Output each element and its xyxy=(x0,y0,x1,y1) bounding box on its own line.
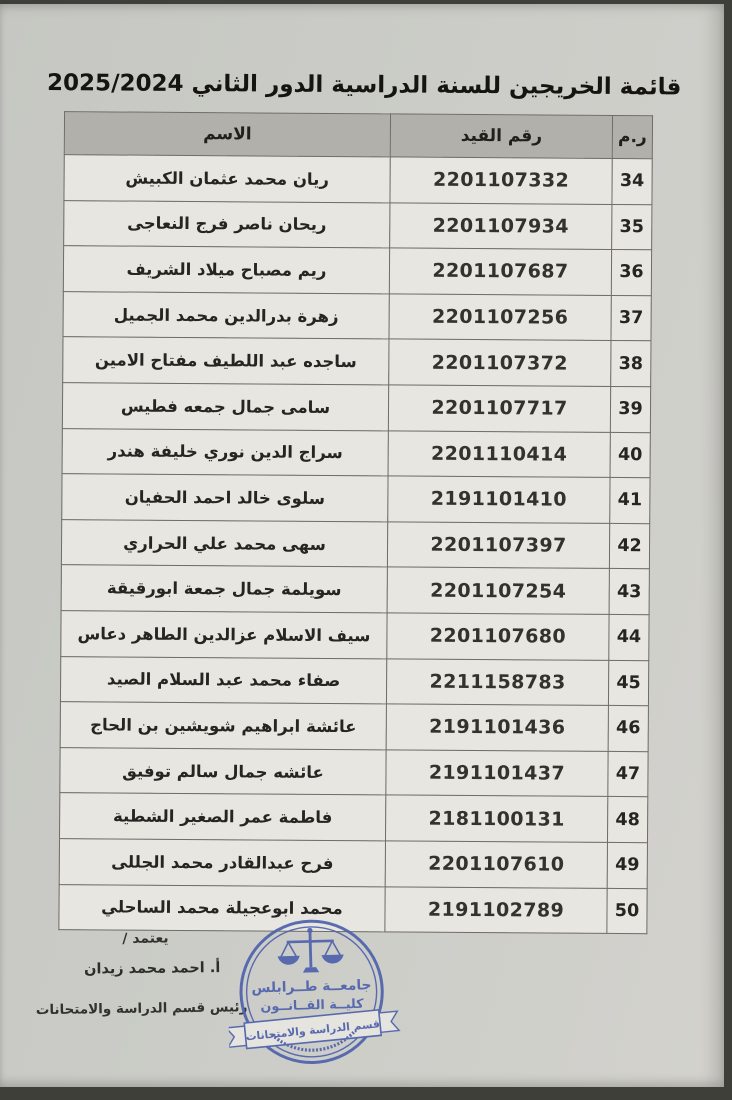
table-row: 472191101437عائشه جمال سالم توفيق xyxy=(60,747,648,797)
cell-name: ساجده عبد اللطيف مفتاح الامين xyxy=(63,337,389,385)
table-row: 422201107397سهى محمد علي الحراري xyxy=(61,519,649,569)
cell-name: ريحان ناصر فرج النعاجى xyxy=(64,200,390,248)
approver-title: رئيس قسم الدراسة والامتحانات xyxy=(36,999,248,1018)
table-row: 412191101410سلوى خالد احمد الحفيان xyxy=(62,474,650,524)
cell-serial: 48 xyxy=(607,797,647,843)
cell-name: فاطمة عمر الصغير الشطية xyxy=(59,793,385,841)
table-row: 392201107717سامى جمال جمعه فطيس xyxy=(62,383,650,433)
cell-reg-no: 2201107934 xyxy=(390,202,612,249)
approver-name: أ. احمد محمد زيدان xyxy=(84,960,220,977)
table-row: 432201107254سويلمة جمال جمعة ابورقيقة xyxy=(61,565,649,615)
table-row: 382201107372ساجده عبد اللطيف مفتاح الامي… xyxy=(63,337,651,387)
header-serial: ر.م xyxy=(612,115,652,158)
cell-serial: 39 xyxy=(610,386,650,432)
cell-reg-no: 2201107332 xyxy=(390,157,612,204)
stamp-ribbon: قسم الدراسة والامتحانات xyxy=(226,1008,400,1050)
cell-reg-no: 2211158783 xyxy=(386,658,608,705)
cell-serial: 41 xyxy=(610,478,650,524)
cell-serial: 38 xyxy=(611,341,651,387)
table-row: 342201107332ريان محمد عثمان الكبيش xyxy=(64,155,652,205)
cell-name: ريان محمد عثمان الكبيش xyxy=(64,155,390,203)
cell-reg-no: 2201107372 xyxy=(389,339,611,386)
cell-name: عائشة ابراهيم شويشين بن الحاج xyxy=(60,702,386,750)
cell-name: سويلمة جمال جمعة ابورقيقة xyxy=(61,565,387,613)
document-content: قائمة الخريجين للسنة الدراسية الدور الثا… xyxy=(0,0,725,1088)
cell-serial: 45 xyxy=(608,660,648,706)
cell-reg-no: 2201107256 xyxy=(389,294,611,341)
cell-name: سامى جمال جمعه فطيس xyxy=(62,383,388,431)
cell-serial: 42 xyxy=(609,523,649,569)
cell-reg-no: 2181100131 xyxy=(385,795,607,842)
cell-name: سهى محمد علي الحراري xyxy=(61,519,387,567)
document-paper: قائمة الخريجين للسنة الدراسية الدور الثا… xyxy=(0,4,724,1087)
cell-serial: 47 xyxy=(608,751,648,797)
cell-serial: 37 xyxy=(611,295,651,341)
cell-name: عائشه جمال سالم توفيق xyxy=(60,747,386,795)
page-title: قائمة الخريجين للسنة الدراسية الدور الثا… xyxy=(14,70,714,101)
cell-serial: 46 xyxy=(608,706,648,752)
table-row: 352201107934ريحان ناصر فرج النعاجى xyxy=(64,200,652,250)
cell-serial: 49 xyxy=(607,842,647,888)
table-row: 362201107687ريم مصباح ميلاد الشريف xyxy=(63,246,651,296)
header-reg-no: رقم القيد xyxy=(390,114,612,159)
stamp-university-name: جامعــة طــرابلس xyxy=(251,977,372,996)
table-row: 462191101436عائشة ابراهيم شويشين بن الحا… xyxy=(60,702,648,752)
table-row: 452211158783صفاء محمد عبد السلام الصيد xyxy=(60,656,648,706)
cell-name: سيف الاسلام عزالدين الطاهر دعاس xyxy=(61,611,387,659)
cell-reg-no: 2201110414 xyxy=(388,430,610,477)
cell-name: ريم مصباح ميلاد الشريف xyxy=(63,246,389,294)
graduates-table: ر.م رقم القيد الاسم 342201107332ريان محم… xyxy=(58,111,653,934)
cell-reg-no: 2201107687 xyxy=(389,248,611,295)
scales-of-justice-icon xyxy=(278,927,344,973)
cell-reg-no: 2201107717 xyxy=(388,385,610,432)
cell-reg-no: 2201107254 xyxy=(387,567,609,614)
cell-reg-no: 2201107610 xyxy=(385,841,607,888)
table-row: 492201107610فرح عبدالقادر محمد الجللى xyxy=(59,839,647,889)
cell-serial: 44 xyxy=(609,614,649,660)
cell-reg-no: 2201107680 xyxy=(387,613,609,660)
cell-name: زهرة بدرالدين محمد الجميل xyxy=(63,291,389,339)
cell-reg-no: 2191101437 xyxy=(386,750,608,797)
official-stamp: جامعــة طــرابلس كليــة القــانــون قسم … xyxy=(225,907,406,1088)
table-row: 442201107680سيف الاسلام عزالدين الطاهر د… xyxy=(61,611,649,661)
header-name: الاسم xyxy=(64,112,390,157)
table-body: 342201107332ريان محمد عثمان الكبيش352201… xyxy=(59,155,652,934)
photo-background: قائمة الخريجين للسنة الدراسية الدور الثا… xyxy=(0,0,732,1100)
approval-label: يعتمد / xyxy=(122,930,169,946)
cell-serial: 36 xyxy=(611,250,651,296)
cell-reg-no: 2191101410 xyxy=(388,476,610,523)
cell-reg-no: 2191101436 xyxy=(386,704,608,751)
table-header: ر.م رقم القيد الاسم xyxy=(64,112,652,159)
cell-reg-no: 2201107397 xyxy=(387,522,609,569)
cell-name: فرح عبدالقادر محمد الجللى xyxy=(59,839,385,887)
table-header-row: ر.م رقم القيد الاسم xyxy=(64,112,652,159)
cell-serial: 50 xyxy=(607,888,647,934)
cell-serial: 35 xyxy=(612,204,652,250)
cell-serial: 40 xyxy=(610,432,650,478)
cell-serial: 43 xyxy=(609,569,649,615)
cell-name: سلوى خالد احمد الحفيان xyxy=(62,474,388,522)
cell-reg-no: 2191102789 xyxy=(385,886,607,933)
table-row: 402201110414سراج الدين نوري خليفة هندر xyxy=(62,428,650,478)
cell-name: سراج الدين نوري خليفة هندر xyxy=(62,428,388,476)
table-row: 372201107256زهرة بدرالدين محمد الجميل xyxy=(63,291,651,341)
cell-serial: 34 xyxy=(612,158,652,204)
cell-name: صفاء محمد عبد السلام الصيد xyxy=(60,656,386,704)
table-row: 482181100131فاطمة عمر الصغير الشطية xyxy=(59,793,647,843)
